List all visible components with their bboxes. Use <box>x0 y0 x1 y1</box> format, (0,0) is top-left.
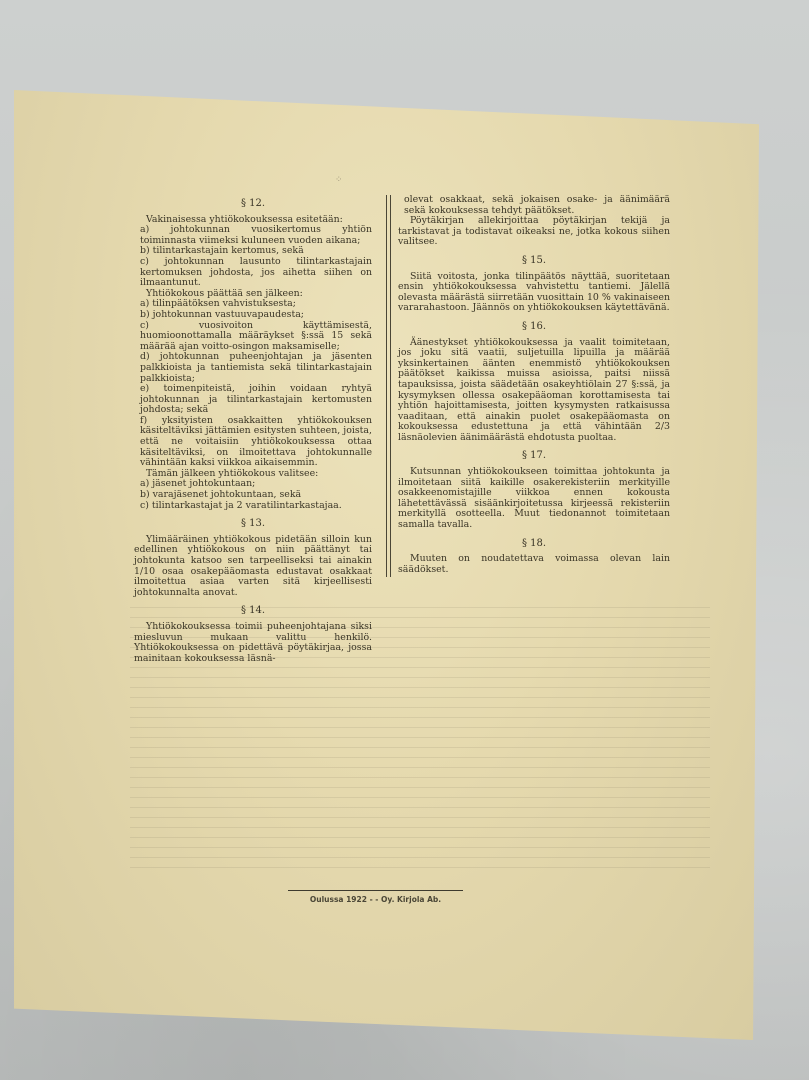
paragraph: Muuten on noudatettava voimassa olevan l… <box>398 554 670 575</box>
paragraph: Äänestykset yhtiökokouksessa ja vaalit t… <box>398 338 670 444</box>
section-heading: § 15. <box>398 256 670 267</box>
paragraph: f) yksityisten osakkaitten yhtiökokoukse… <box>134 416 372 469</box>
section-heading: § 18. <box>398 539 670 550</box>
paragraph: Pöytäkirjan allekirjoittaa pöytäkirjan t… <box>398 216 670 248</box>
ink-speck: ⁘ <box>335 175 343 185</box>
right-column: olevat osakkaat, sekä jokaisen osake- ja… <box>398 195 670 575</box>
section-heading: § 12. <box>134 199 372 210</box>
section: § 17.Kutsunnan yhtiökokoukseen toimittaa… <box>398 451 670 530</box>
section-heading: § 14. <box>134 606 372 617</box>
section: olevat osakkaat, sekä jokaisen osake- ja… <box>398 195 670 248</box>
section-heading: § 13. <box>134 519 372 530</box>
footer-rule <box>288 890 463 891</box>
section-heading: § 17. <box>398 451 670 462</box>
paragraph: olevat osakkaat, sekä jokaisen osake- ja… <box>398 195 670 216</box>
printer-imprint: Oulussa 1922 - - Oy. Kirjola Ab. <box>288 895 463 904</box>
column-divider <box>386 195 391 577</box>
paragraph: c) johtokunnan lausunto tilintarkastajai… <box>134 257 372 289</box>
paragraph: a) johtokunnan vuosikertomus yhtiön toim… <box>134 225 372 246</box>
section: § 12.Vakinaisessa yhtiökokouksessa esite… <box>134 199 372 511</box>
paragraph: Ylimääräinen yhtiökokous pidetään silloi… <box>134 535 372 599</box>
paragraph: Kutsunnan yhtiökokoukseen toimittaa joht… <box>398 467 670 531</box>
paragraph: c) vuosivoiton käyttämisestä, huomioonot… <box>134 321 372 353</box>
section: § 14.Yhtiökokouksessa toimii puheenjohta… <box>134 606 372 664</box>
paragraph: c) tilintarkastajat ja 2 varatilintarkas… <box>134 501 372 512</box>
paragraph: e) toimenpiteistä, joihin voidaan ryhtyä… <box>134 384 372 416</box>
section: § 13.Ylimääräinen yhtiökokous pidetään s… <box>134 519 372 598</box>
section: § 18.Muuten on noudatettava voimassa ole… <box>398 539 670 576</box>
section: § 16.Äänestykset yhtiökokouksessa ja vaa… <box>398 322 670 444</box>
paragraph: Siitä voitosta, jonka tilinpäätös näyttä… <box>398 272 670 314</box>
section-heading: § 16. <box>398 322 670 333</box>
paragraph: b) johtokunnan vastuuvapaudesta; <box>134 310 372 321</box>
left-column: § 12.Vakinaisessa yhtiökokouksessa esite… <box>134 195 372 664</box>
paragraph: d) johtokunnan puheenjohtajan ja jäsente… <box>134 352 372 384</box>
paragraph: Yhtiökokouksessa toimii puheenjohtajana … <box>134 622 372 664</box>
section: § 15.Siitä voitosta, jonka tilinpäätös n… <box>398 256 670 314</box>
